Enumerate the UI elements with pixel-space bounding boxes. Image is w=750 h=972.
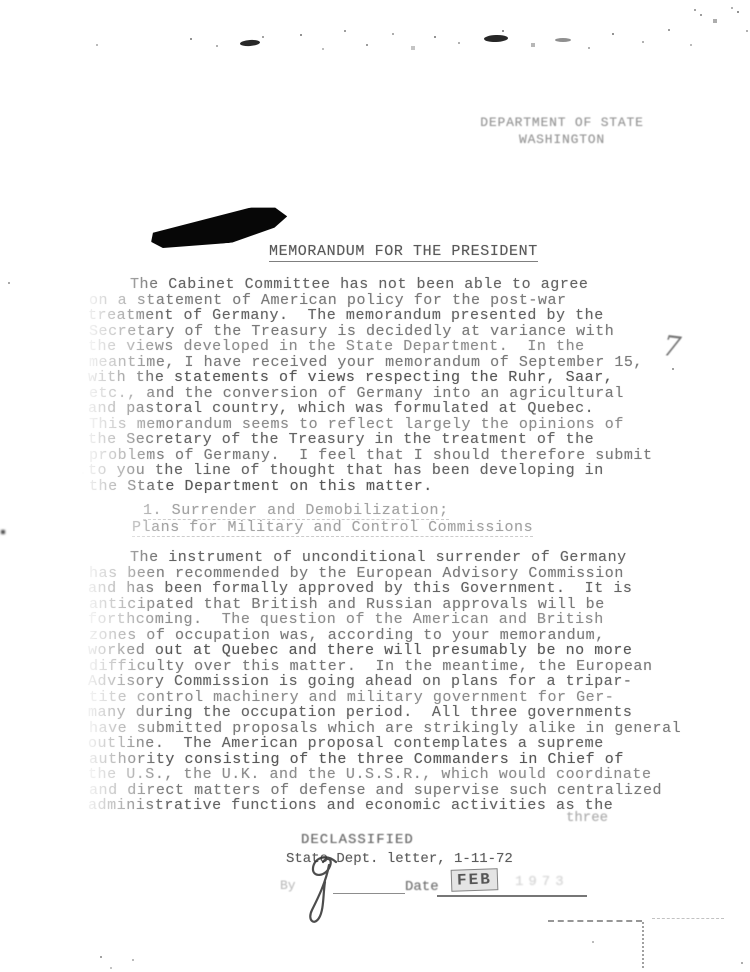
text-line: zones of occupation was, according to yo…: [89, 628, 681, 644]
text-line: the Secretary of the Treasury in the tre…: [88, 432, 652, 448]
catchword: three: [566, 810, 608, 826]
fold-mark-vertical: [642, 922, 644, 968]
text-line: to you the line of thought that has been…: [88, 463, 652, 479]
text-line: tite control machinery and military gove…: [89, 690, 681, 706]
text-line: 1. Surrender and Demobilization;: [143, 503, 449, 520]
scan-smudge: [484, 35, 508, 43]
letterhead: DEPARTMENT OF STATE WASHINGTON: [462, 114, 662, 148]
text-line: many during the occupation period. All t…: [88, 705, 680, 721]
agency-city: WASHINGTON: [462, 131, 662, 148]
stamp-date-underline: [437, 881, 587, 897]
text-line: the U.S., the U.K. and the U.S.S.R., whi…: [88, 767, 680, 783]
fold-mark-horizontal-faint: [652, 918, 724, 919]
fold-mark-horizontal: [548, 920, 642, 922]
memo-paragraph-2: The instrument of unconditional surrende…: [88, 550, 680, 814]
text-line: has been recommended by the European Adv…: [89, 566, 681, 582]
text-line: outline. The American proposal contempla…: [88, 736, 680, 752]
text-line: forthcoming. The question of the America…: [88, 612, 680, 628]
text-line: authority consisting of the three Comman…: [89, 752, 681, 768]
stamp-date-label: Date: [405, 879, 439, 895]
text-line: with the statements of views respecting …: [88, 370, 652, 386]
text-line: anticipated that British and Russian app…: [89, 597, 681, 613]
scanned-document-page: DEPARTMENT OF STATE WASHINGTON MEMORANDU…: [0, 0, 750, 972]
memo-title: MEMORANDUM FOR THE PRESIDENT: [269, 243, 538, 262]
scan-smudge: [555, 38, 571, 42]
section-heading: 1. Surrender and Demobilization;Plans fo…: [131, 503, 532, 537]
text-line: the views developed in the State Departm…: [88, 339, 652, 355]
text-line: meantime, I have received your memorandu…: [89, 355, 653, 371]
text-line: on a statement of American policy for th…: [89, 293, 653, 309]
text-line: difficulty over this matter. In the mean…: [89, 659, 681, 675]
text-line: have submitted proposals which are strik…: [89, 721, 681, 737]
scan-smudge: [240, 39, 260, 46]
stamp-by-label: By: [280, 878, 296, 893]
stamp-by-underline: [333, 879, 405, 894]
text-line: The Cabinet Committee has not been able …: [88, 277, 652, 293]
scan-noise-specks: [0, 0, 2, 2]
text-line: the State Department on this matter.: [89, 479, 653, 495]
text-line: worked out at Quebec and there will pres…: [88, 643, 680, 659]
text-line: and pastoral country, which was formulat…: [88, 401, 652, 417]
agency-name: DEPARTMENT OF STATE: [462, 114, 662, 131]
text-line: Plans for Military and Control Commissio…: [132, 520, 533, 537]
text-line: treatment of Germany. The memorandum pre…: [88, 308, 652, 324]
pencil-margin-note: 7: [661, 329, 683, 364]
memo-paragraph-1: The Cabinet Committee has not been able …: [88, 277, 652, 494]
text-line: The instrument of unconditional surrende…: [88, 550, 680, 566]
declassified-stamp-text: DECLASSIFIED: [301, 832, 414, 848]
text-line: and direct matters of defense and superv…: [89, 783, 681, 799]
text-line: Secretary of the Treasury is decidedly a…: [89, 324, 653, 340]
text-line: This memorandum seems to reflect largely…: [89, 417, 653, 433]
text-line: etc., and the conversion of Germany into…: [89, 386, 653, 402]
text-line: Advisory Commission is going ahead on pl…: [88, 674, 680, 690]
text-line: problems of Germany. I feel that I shoul…: [89, 448, 653, 464]
text-line: and has been formally approved by this G…: [88, 581, 680, 597]
